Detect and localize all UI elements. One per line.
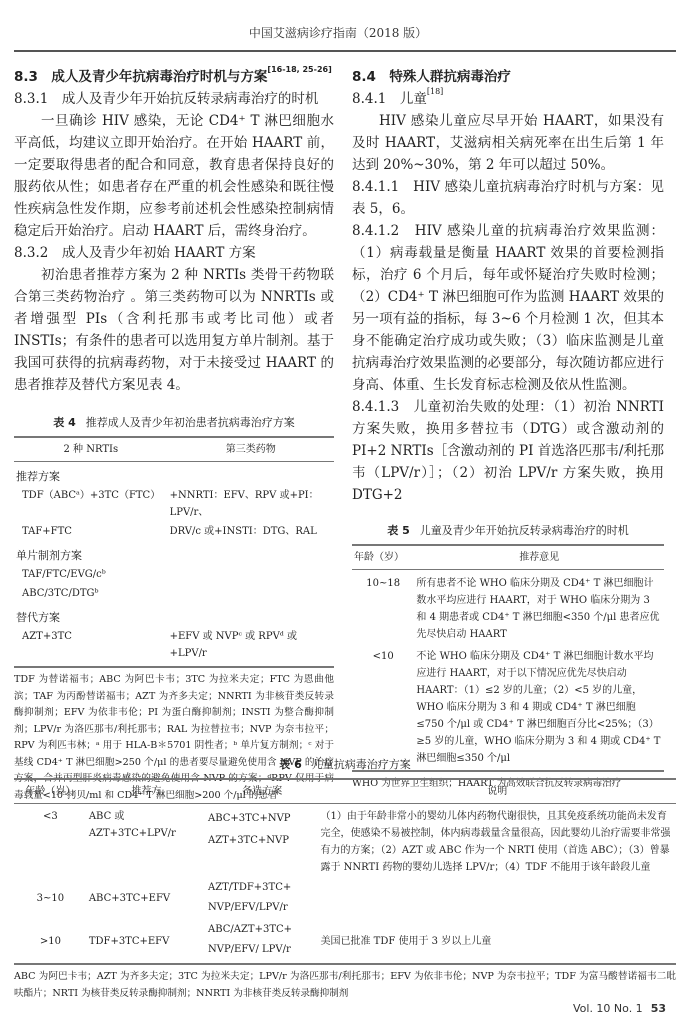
left-column: 8.3 成人及青少年抗病毒治疗时机与方案[16-18, 25-26] 8.3.1…: [14, 66, 334, 804]
section-8-4-1-paragraph: HIV 感染儿童应尽早开始 HAART，如果没有及时 HAART，艾滋病相关病死…: [352, 110, 664, 176]
section-8-3-2-paragraph: 初治患者推荐方案为 2 种 NRTIs 类骨干药物联合第三类药物治疗 。第三类药…: [14, 264, 334, 396]
section-8-3-1-paragraph: 一旦确诊 HIV 感染，无论 CD4⁺ T 淋巴细胞水平高低，均建议立即开始治疗…: [14, 110, 334, 242]
table-6-header: 说明: [319, 779, 676, 804]
table-6-header: 年龄（岁）: [14, 779, 87, 804]
section-8-3-heading: 8.3 成人及青少年抗病毒治疗时机与方案[16-18, 25-26]: [14, 66, 334, 88]
page-number: 53: [651, 1002, 666, 1015]
table-row: TAF+FTCDRV/c 或+INSTI：DTG、RAL: [14, 522, 334, 541]
table-row: 10~18所有患者不论 WHO 临床分期及 CD4⁺ T 淋巴细胞计数水平均应进…: [352, 570, 664, 645]
table-row: 3~10 ABC+3TC+EFV AZT/TDF+3TC+ NVP/EFV/LP…: [14, 877, 676, 919]
citation: [18]: [427, 87, 443, 96]
table-4-caption: 表 4推荐成人及青少年初治患者抗病毒治疗方案: [14, 414, 334, 430]
table-4: 2 种 NRTIs 第三类药物 推荐方案 TDF（ABCᵃ）+3TC（FTC）+…: [14, 436, 334, 668]
section-8-4-1-2-paragraph: 8.4.1.2 HIV 感染儿童的抗病毒治疗效果监测：（1）病毒载量是衡量 HA…: [352, 220, 664, 396]
table-6-caption: 表 6儿童抗病毒治疗方案: [14, 756, 676, 772]
table-row: AZT+3TC+EFV 或 NVPᶜ 或 RPVᵈ 或+LPV/r: [14, 627, 334, 667]
table-row: ABC/3TC/DTGᵇ: [14, 584, 334, 603]
table-row: <3 ABC 或 AZT+3TC+LPV/r ABC+3TC+NVP AZT+3…: [14, 804, 676, 878]
table-row: TAF/FTC/EVG/cᵇ: [14, 565, 334, 584]
right-column: 8.4 特殊人群抗病毒治疗 8.4.1 儿童[18] HIV 感染儿童应尽早开始…: [352, 66, 664, 793]
table-5-caption: 表 5儿童及青少年开始抗反转录病毒治疗的时机: [352, 522, 664, 538]
section-8-4-1-heading: 8.4.1 儿童[18]: [352, 88, 664, 110]
section-8-4-1-1-paragraph: 8.4.1.1 HIV 感染儿童抗病毒治疗时机与方案：见表 5，6。: [352, 176, 664, 220]
section-8-3-1-heading: 8.3.1 成人及青少年开始抗反转录病毒治疗的时机: [14, 88, 334, 110]
table-5: 年龄（岁） 推荐意见 10~18所有患者不论 WHO 临床分期及 CD4⁺ T …: [352, 544, 664, 772]
table-row: TDF（ABCᵃ）+3TC（FTC）+NNRTI：EFV、RPV 或+PI：LP…: [14, 486, 334, 522]
table-4-header: 第三类药物: [168, 437, 334, 462]
table-4-group-label: 单片制剂方案: [14, 541, 334, 565]
table-5-header: 年龄（岁）: [352, 545, 414, 570]
section-8-3-2-heading: 8.3.2 成人及青少年初始 HAART 方案: [14, 242, 334, 264]
header-rule: [14, 50, 676, 52]
section-8-4-heading: 8.4 特殊人群抗病毒治疗: [352, 66, 664, 88]
table-4-group-label: 推荐方案: [14, 462, 334, 487]
table-6: 年龄（岁） 推荐方 备选方案 说明 <3 ABC 或 AZT+3TC+LPV/r…: [14, 778, 676, 965]
citation: [16-18, 25-26]: [267, 65, 331, 74]
table-row: >10 TDF+3TC+EFV ABC/AZT+3TC+ NVP/EFV/ LP…: [14, 919, 676, 964]
section-8-4-1-3-paragraph: 8.4.1.3 儿童初治失败的处理：（1）初治 NNRTI 方案失败，换用多替拉…: [352, 396, 664, 506]
page-footer: Vol. 10 No. 153: [573, 1002, 666, 1015]
table-5-header: 推荐意见: [414, 545, 664, 570]
table-6-footnote: ABC 为阿巴卡韦；AZT 为齐多夫定；3TC 为拉米夫定；LPV/r 为洛匹那…: [14, 969, 676, 1002]
table-6-header: 备选方案: [206, 779, 319, 804]
volume-info: Vol. 10 No. 1: [573, 1002, 643, 1015]
table-6-block: 表 6儿童抗病毒治疗方案 年龄（岁） 推荐方 备选方案 说明 <3 ABC 或 …: [14, 752, 676, 1002]
running-head: 中国艾滋病诊疗指南（2018 版）: [0, 24, 676, 41]
table-4-group-label: 替代方案: [14, 603, 334, 627]
table-4-header: 2 种 NRTIs: [14, 437, 168, 462]
table-6-header: 推荐方: [87, 779, 206, 804]
